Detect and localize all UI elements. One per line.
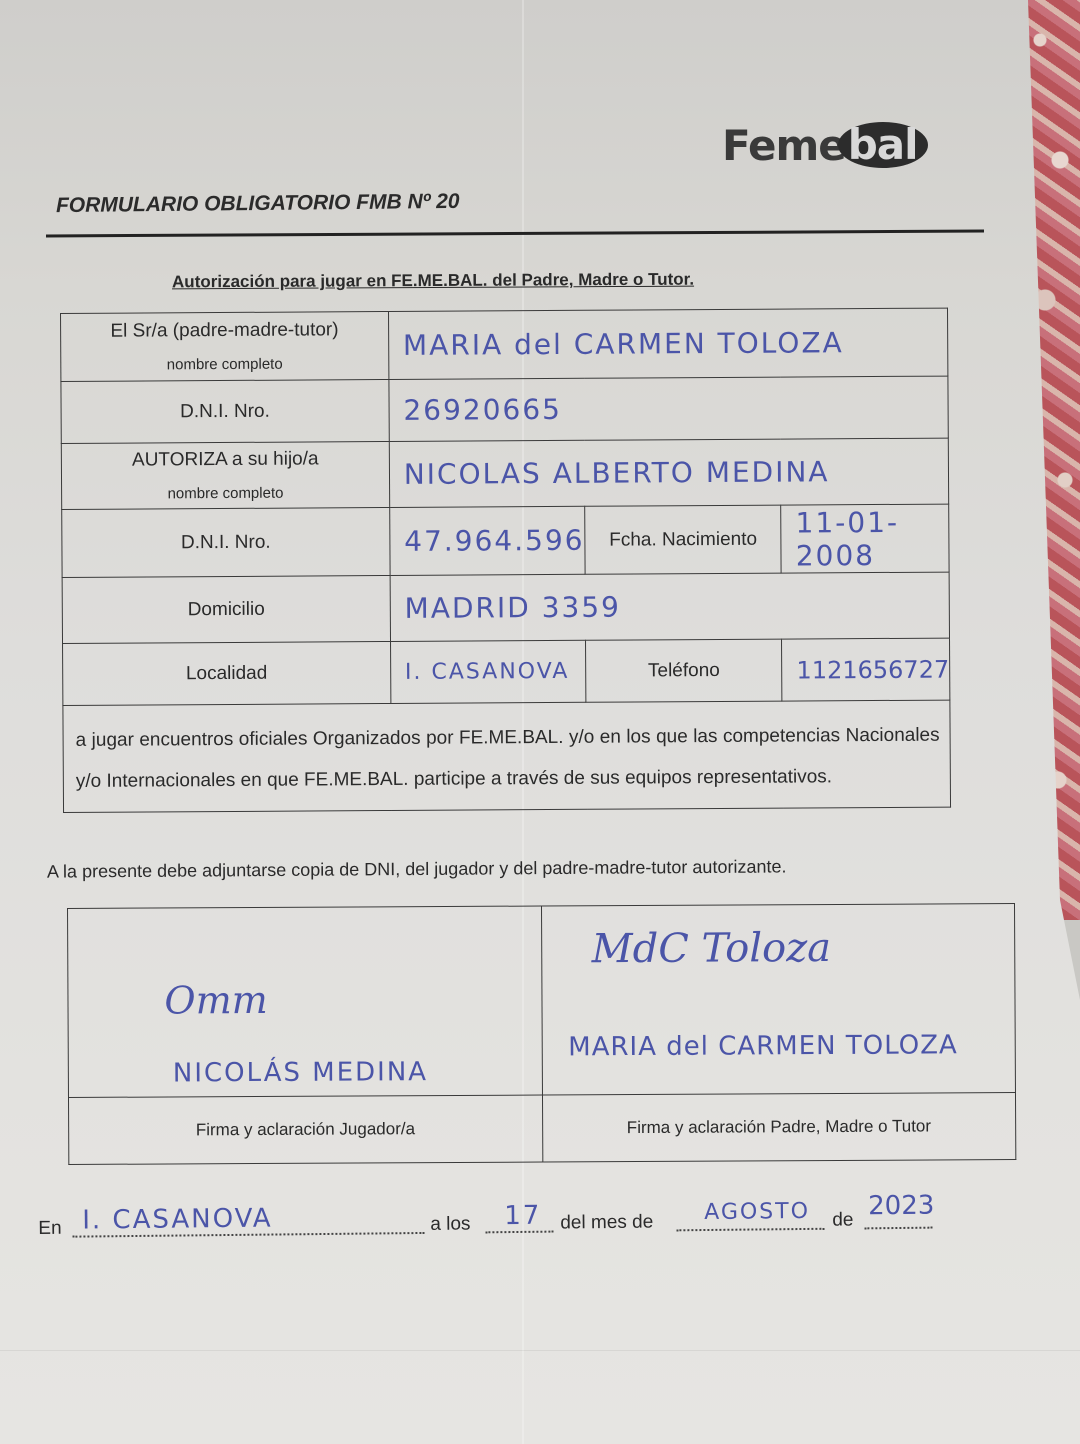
signature-row: Omm NICOLÁS MEDINA MdC Toloza MARIA del … bbox=[68, 904, 1016, 1098]
birth-date-label: Fcha. Nacimiento bbox=[585, 505, 782, 574]
parent-dni-row: D.N.I. Nro. 26920665 bbox=[61, 376, 948, 443]
parent-name-sublabel: nombre completo bbox=[61, 355, 388, 374]
paper-crease bbox=[0, 1350, 1080, 1351]
year-field[interactable]: 2023 bbox=[868, 1191, 934, 1222]
femebal-logo: Femebal bbox=[722, 120, 928, 170]
day-field[interactable]: 17 bbox=[504, 1201, 541, 1231]
paper-sheet: Femebal FORMULARIO OBLIGATORIO FMB Nº 20… bbox=[0, 0, 1080, 1444]
authorization-table: El Sr/a (padre-madre-tutor) nombre compl… bbox=[60, 308, 951, 813]
form-subtitle: Autorización para jugar en FE.ME.BAL. de… bbox=[172, 270, 694, 293]
en-label: En bbox=[38, 1218, 61, 1240]
de-label: de bbox=[832, 1209, 853, 1231]
year-dots bbox=[864, 1227, 932, 1230]
parent-signature-box[interactable]: MdC Toloza MARIA del CARMEN TOLOZA bbox=[541, 904, 1015, 1095]
logo-oval-text: bal bbox=[838, 122, 928, 168]
player-signature-box[interactable]: Omm NICOLÁS MEDINA bbox=[68, 906, 542, 1097]
authorization-text-row: a jugar encuentros oficiales Organizados… bbox=[63, 700, 951, 812]
phone-field[interactable]: 1121656727 bbox=[782, 638, 950, 701]
phone-label: Teléfono bbox=[586, 639, 783, 702]
player-signature: Omm bbox=[164, 978, 267, 1023]
child-dni-field[interactable]: 47.964.596 bbox=[389, 506, 585, 575]
player-clarification: NICOLÁS MEDINA bbox=[173, 1057, 428, 1088]
child-name-label: AUTORIZA a su hijo/a bbox=[132, 448, 319, 470]
place-field[interactable]: I. CASANOVA bbox=[82, 1204, 273, 1236]
player-signature-caption: Firma y aclaración Jugador/a bbox=[68, 1095, 542, 1164]
attachment-note: A la presente debe adjuntarse copia de D… bbox=[47, 856, 787, 882]
month-dots bbox=[676, 1228, 824, 1232]
locality-row: Localidad I. CASANOVA Teléfono 112165672… bbox=[63, 638, 950, 705]
address-field[interactable]: MADRID 3359 bbox=[390, 572, 950, 641]
child-name-field[interactable]: NICOLAS ALBERTO MEDINA bbox=[389, 438, 949, 507]
day-dots bbox=[485, 1231, 553, 1234]
del-mes-label: del mes de bbox=[560, 1212, 653, 1235]
address-row: Domicilio MADRID 3359 bbox=[62, 572, 949, 643]
signature-caption-row: Firma y aclaración Jugador/a Firma y acl… bbox=[68, 1093, 1015, 1165]
title-divider bbox=[46, 230, 984, 238]
child-dni-label: D.N.I. Nro. bbox=[62, 507, 390, 577]
authorization-text: a jugar encuentros oficiales Organizados… bbox=[63, 700, 951, 812]
parent-clarification: MARIA del CARMEN TOLOZA bbox=[568, 1030, 958, 1062]
form-title: FORMULARIO OBLIGATORIO FMB Nº 20 bbox=[56, 190, 460, 218]
parent-signature-caption: Firma y aclaración Padre, Madre o Tutor bbox=[542, 1093, 1016, 1162]
place-date-line: En I. CASANOVA a los 17 del mes de AGOST… bbox=[38, 1186, 958, 1246]
address-label: Domicilio bbox=[62, 575, 390, 643]
signature-table: Omm NICOLÁS MEDINA MdC Toloza MARIA del … bbox=[67, 903, 1016, 1165]
child-name-label-cell: AUTORIZA a su hijo/a nombre completo bbox=[61, 441, 389, 509]
parent-name-label: El Sr/a (padre-madre-tutor) bbox=[110, 319, 338, 341]
parent-name-label-cell: El Sr/a (padre-madre-tutor) nombre compl… bbox=[61, 311, 389, 381]
logo-text: Feme bbox=[722, 121, 846, 170]
parent-dni-field[interactable]: 26920665 bbox=[389, 376, 949, 441]
locality-field[interactable]: I. CASANOVA bbox=[390, 640, 586, 703]
parent-name-row: El Sr/a (padre-madre-tutor) nombre compl… bbox=[61, 308, 948, 381]
birth-date-field[interactable]: 11-01-2008 bbox=[781, 504, 949, 573]
locality-label: Localidad bbox=[63, 641, 391, 705]
month-field[interactable]: AGOSTO bbox=[704, 1199, 810, 1225]
parent-dni-label: D.N.I. Nro. bbox=[61, 379, 389, 443]
a-los-label: a los bbox=[430, 1213, 470, 1235]
parent-name-field[interactable]: MARIA del CARMEN TOLOZA bbox=[388, 308, 948, 379]
parent-signature: MdC Toloza bbox=[592, 925, 832, 972]
child-name-row: AUTORIZA a su hijo/a nombre completo NIC… bbox=[61, 438, 948, 509]
child-name-sublabel: nombre completo bbox=[62, 484, 389, 503]
child-dni-row: D.N.I. Nro. 47.964.596 Fcha. Nacimiento … bbox=[62, 504, 949, 577]
